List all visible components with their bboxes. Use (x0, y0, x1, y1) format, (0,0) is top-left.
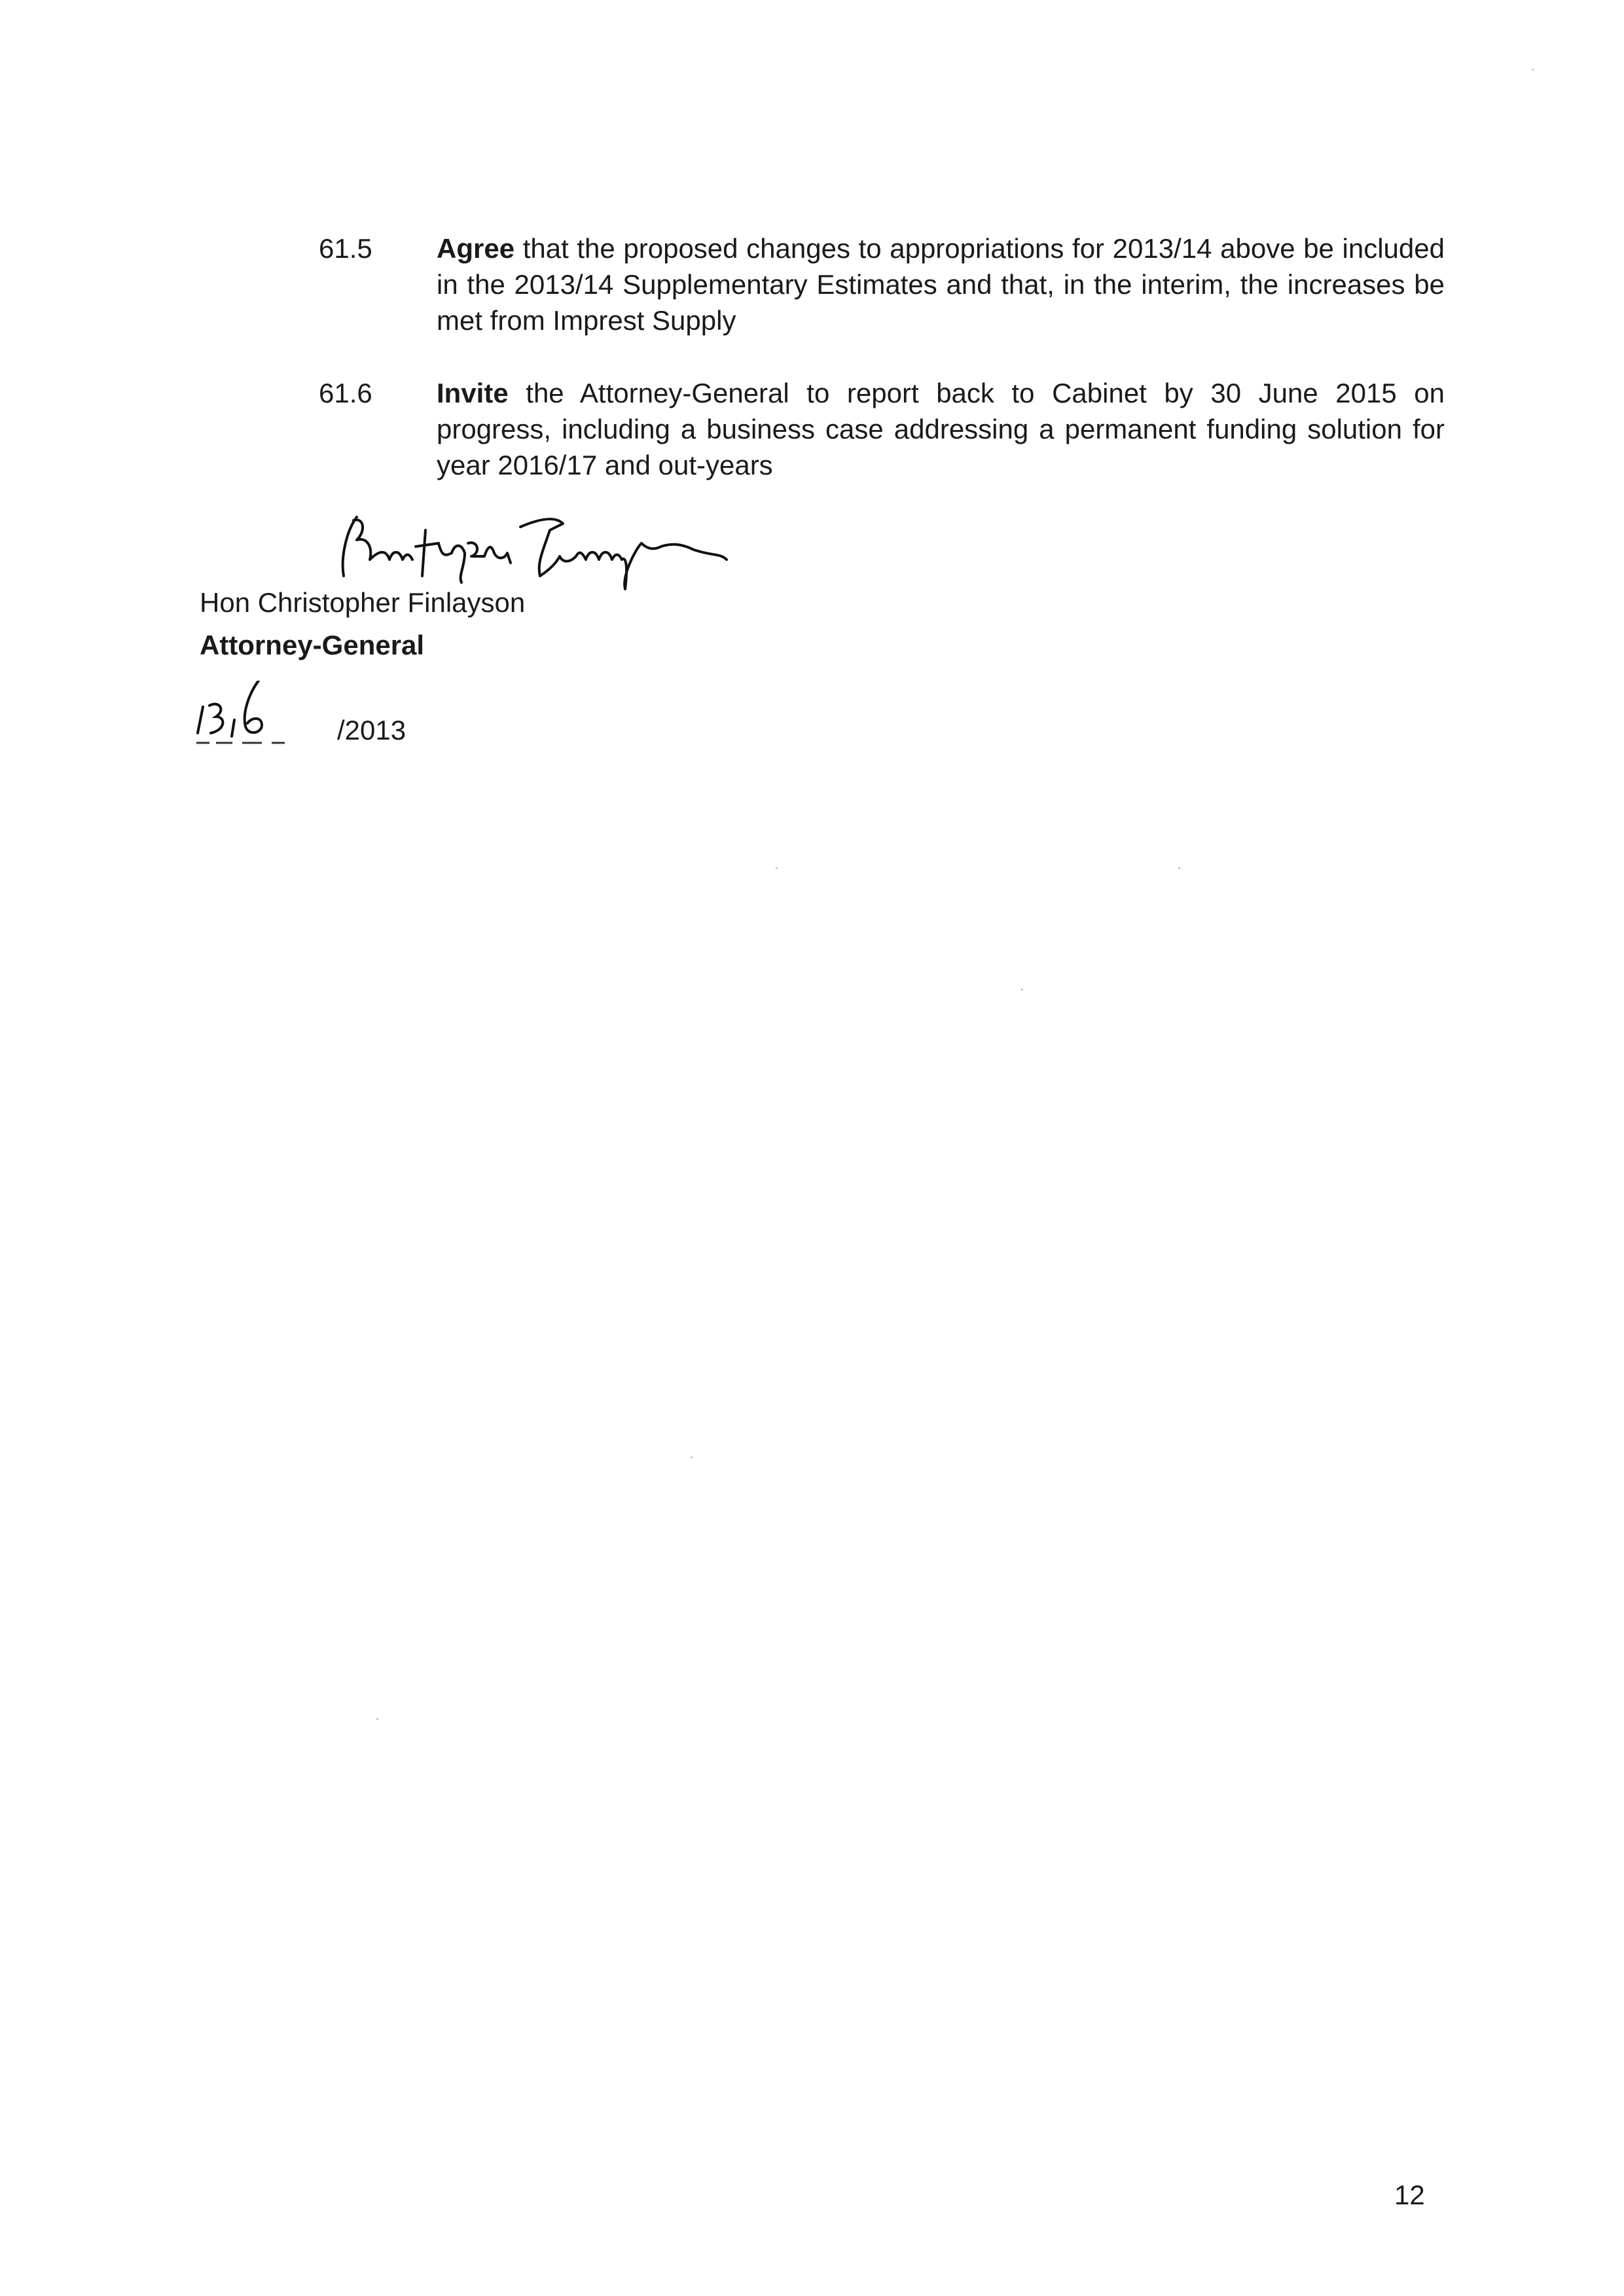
scan-speck (776, 867, 778, 869)
item-text: Invite the Attorney-General to report ba… (437, 375, 1445, 483)
page-number: 12 (1394, 2179, 1425, 2211)
signatory-name: Hon Christopher Finlayson (200, 584, 525, 620)
item-number: 61.6 (319, 375, 372, 411)
scan-speck (1532, 69, 1534, 71)
scan-speck (1178, 867, 1180, 869)
item-body: the Attorney-General to report back to C… (437, 378, 1445, 480)
signature-date: /2013 (196, 681, 327, 756)
item-lead: Agree (437, 233, 514, 264)
item-text: Agree that the proposed changes to appro… (437, 230, 1445, 338)
item-lead: Invite (437, 378, 509, 408)
handwritten-date (196, 681, 327, 753)
scan-speck (691, 1456, 693, 1458)
scan-speck (1021, 988, 1023, 990)
signatory-title: Attorney-General (200, 627, 424, 663)
date-year: /2013 (337, 712, 406, 748)
item-body: that the proposed changes to appropriati… (437, 233, 1445, 336)
handwritten-signature (327, 504, 1178, 596)
scan-speck (376, 1718, 378, 1720)
item-number: 61.5 (319, 230, 372, 266)
